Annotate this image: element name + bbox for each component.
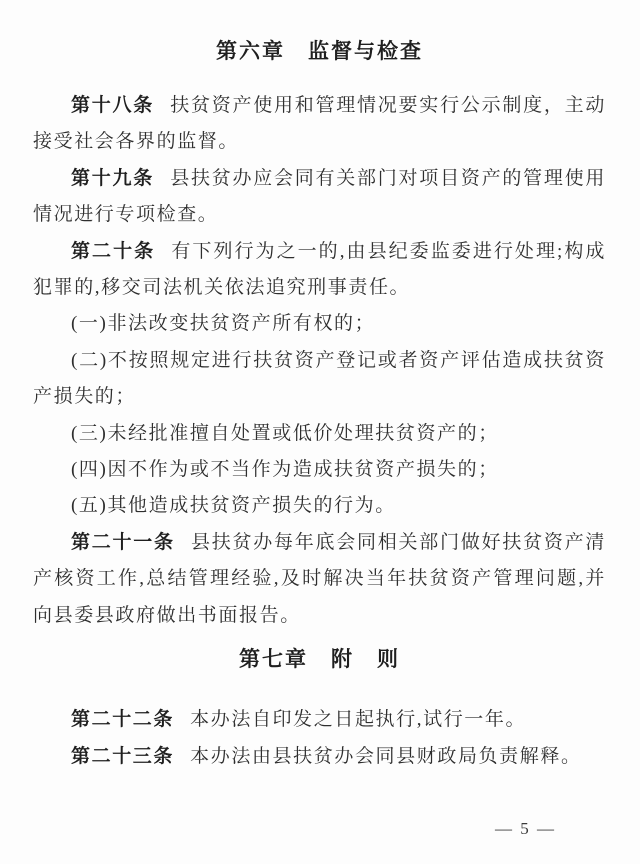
clause-text: (三)未经批准擅自处置或低价处理扶贫资产的； (71, 423, 499, 444)
clause-text: (四)因不作为或不当作为造成扶贫资产损失的； (71, 459, 499, 480)
clause-item-5: (五)其他造成扶贫资产损失的行为。 (33, 488, 606, 524)
article-number: 第二十三条 (71, 746, 174, 767)
clause-item-1: (一)非法改变扶贫资产所有权的； (33, 306, 606, 342)
article-paragraph-21: 第二十一条县扶贫办每年底会同相关部门做好扶贫资产清产核资工作,总结管理经验,及时… (33, 525, 606, 634)
article-number: 第二十二条 (71, 709, 174, 730)
page-number: — 5 — (495, 819, 556, 839)
document-page: 第六章 监督与检查 第十八条扶贫资产使用和管理情况要实行公示制度，主动接受社会各… (0, 0, 640, 864)
clause-item-4: (四)因不作为或不当作为造成扶贫资产损失的； (33, 452, 606, 488)
chapter-heading-7: 第七章 附 则 (33, 644, 606, 674)
article-paragraph-20: 第二十条有下列行为之一的,由县纪委监委进行处理;构成犯罪的,移交司法机关依法追究… (33, 234, 606, 307)
article-number: 第十八条 (71, 95, 154, 116)
article-number: 第十九条 (71, 168, 154, 189)
article-paragraph-19: 第十九条县扶贫办应会同有关部门对项目资产的管理使用情况进行专项检查。 (33, 161, 606, 234)
clause-item-2: (二)不按照规定进行扶贫资产登记或者资产评估造成扶贫资产损失的； (33, 343, 606, 416)
article-number: 第二十一条 (71, 532, 175, 553)
article-paragraph-23: 第二十三条本办法由县扶贫办会同县财政局负责解释。 (33, 739, 606, 775)
article-text: 本办法由县扶贫办会同县财政局负责解释。 (190, 746, 581, 767)
clause-text: (五)其他造成扶贫资产损失的行为。 (71, 495, 396, 516)
clause-text: (一)非法改变扶贫资产所有权的； (71, 313, 375, 334)
clause-text: (二)不按照规定进行扶贫资产登记或者资产评估造成扶贫资产损失的； (33, 350, 606, 407)
chapter-heading-6: 第六章 监督与检查 (33, 36, 606, 66)
article-number: 第二十条 (71, 241, 155, 262)
clause-item-3: (三)未经批准擅自处置或低价处理扶贫资产的； (33, 416, 606, 452)
article-paragraph-18: 第十八条扶贫资产使用和管理情况要实行公示制度，主动接受社会各界的监督。 (33, 88, 606, 161)
article-text: 本办法自印发之日起执行,试行一年。 (190, 709, 526, 730)
article-paragraph-22: 第二十二条本办法自印发之日起执行,试行一年。 (33, 702, 606, 738)
